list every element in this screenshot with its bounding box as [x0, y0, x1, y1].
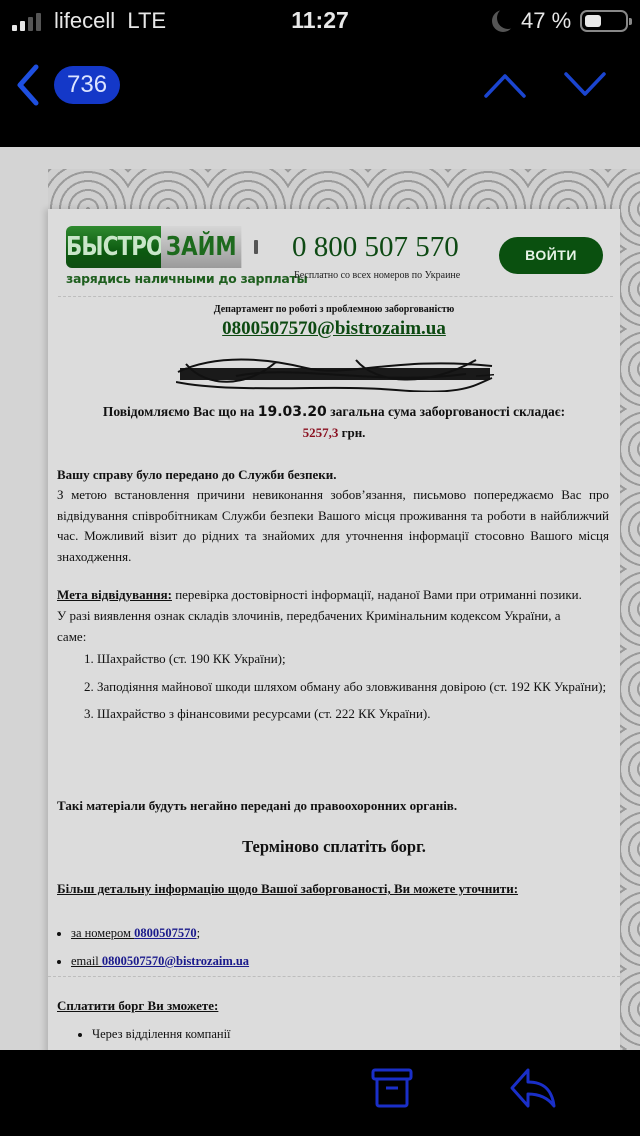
urgent-pay-heading: Терміново сплатіть борг.: [48, 837, 620, 857]
message-body[interactable]: БЫСТРО ЗАЙМ зарядись наличными до зарпла…: [0, 147, 640, 1050]
details-heading: Більш детальну інформацію щодо Вашої заб…: [57, 879, 609, 900]
chevron-up-icon[interactable]: [482, 70, 528, 100]
crimes-list: Шахрайство (ст. 190 КК України); Заподія…: [57, 649, 627, 732]
logo-tagline: зарядись наличными до зарплаты: [66, 271, 307, 286]
battery-percent: 47 %: [521, 8, 571, 34]
redacted-recipient-name: [176, 354, 494, 392]
contact-phone-item: за номером 0800507570;: [71, 919, 249, 947]
battery-icon: [580, 10, 628, 32]
pay-heading: Сплатити борг Ви зможете:: [57, 996, 609, 1017]
chevron-down-icon[interactable]: [562, 70, 608, 100]
notice-date: 19.03.20: [258, 404, 327, 420]
pay-methods-list: Через відділення компанії: [78, 1027, 231, 1042]
bistrozaim-logo[interactable]: БЫСТРО ЗАЙМ: [66, 226, 256, 268]
bottom-toolbar: [0, 1050, 640, 1136]
hotline-phone[interactable]: 0 800 507 570: [292, 231, 459, 264]
reply-arrow-icon[interactable]: [508, 1066, 558, 1110]
mail-nav-bar: 736: [0, 55, 640, 115]
contacts-list: за номером 0800507570; email 0800507570@…: [57, 919, 249, 975]
archive-box-icon[interactable]: [370, 1066, 414, 1110]
login-button[interactable]: ВОЙТИ: [499, 237, 603, 274]
crime-item: Шахрайство (ст. 190 КК України);: [97, 649, 627, 670]
law-enforcement-warning: Такі матеріали будуть негайно передані д…: [57, 796, 609, 817]
pay-method-item: Через відділення компанії: [92, 1027, 231, 1042]
department-email-link[interactable]: 0800507570@bistrozaim.ua: [48, 318, 620, 340]
visit-purpose: Мета відвідування: перевірка достовірнос…: [57, 585, 609, 606]
contact-email-link[interactable]: 0800507570@bistrozaim.ua: [102, 954, 249, 968]
do-not-disturb-icon: [497, 7, 519, 29]
debt-notice: Повідомляємо Вас що на 19.03.20 загальна…: [48, 404, 620, 420]
department-title: Департамент по роботі з проблемною забор…: [48, 304, 620, 315]
status-bar: lifecell LTE 11:27 47 %: [0, 0, 640, 42]
divider: [58, 296, 613, 297]
security-heading: Вашу справу було передано до Служби безп…: [57, 465, 609, 486]
contact-email-item: email 0800507570@bistrozaim.ua: [71, 947, 249, 975]
letter-sheet: БЫСТРО ЗАЙМ зарядись наличными до зарпла…: [48, 209, 620, 1050]
chevron-left-icon[interactable]: [14, 63, 42, 107]
crime-item: Заподіяння майнової шкоди шляхом обману …: [97, 677, 627, 698]
debt-amount-line: 5257,3 грн.: [48, 425, 620, 441]
contact-phone-link[interactable]: 0800507570: [134, 926, 197, 940]
hotline-note: Бесплатно со всех номеров по Украине: [294, 270, 460, 281]
crime-item: Шахрайство з фінансовими ресурсами (ст. …: [97, 704, 627, 725]
crimes-intro: У разі виявлення ознак складів злочинів,…: [57, 606, 577, 647]
divider: [48, 976, 620, 977]
battery-tip-decoration: [254, 240, 258, 254]
security-text: З метою встановлення причини невиконання…: [57, 485, 609, 567]
debt-amount: 5257,3: [303, 425, 339, 440]
unread-count-badge[interactable]: 736: [54, 66, 120, 104]
